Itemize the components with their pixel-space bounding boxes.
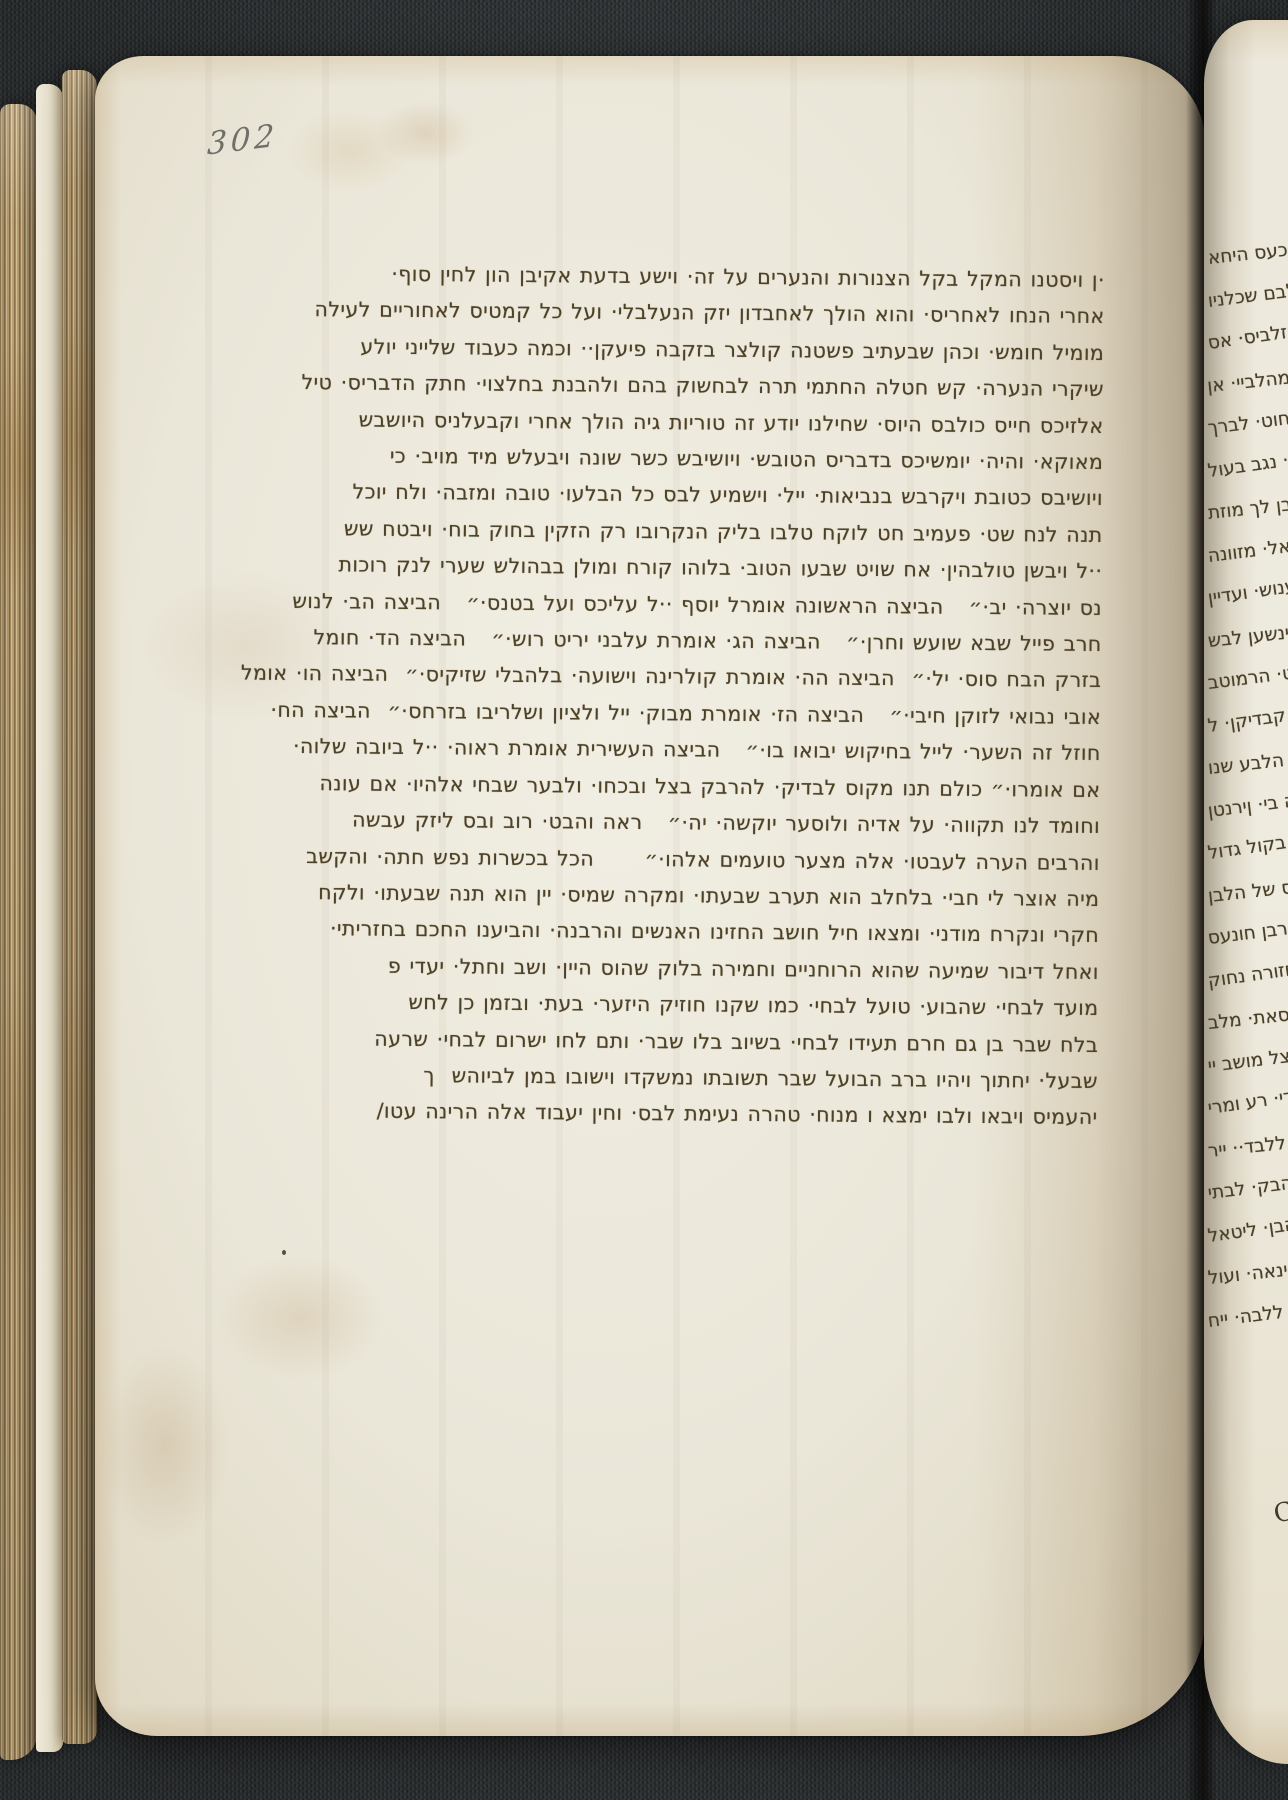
page-edges-stack-outer (0, 104, 37, 1760)
facing-text-fragment: דו צל מושב יי (1207, 1037, 1288, 1076)
ink-speck (282, 1250, 286, 1255)
facing-text-fragment: שבל מוזלביס· אס (1207, 312, 1288, 354)
facing-text-fragment: חין הבק· לבתי (1207, 1165, 1288, 1204)
facing-ink-mark: C (1271, 1496, 1288, 1529)
manuscript-text-line: יהעמיס ויבאו ולבו ימצא ו מנוח· טהרה נעימ… (282, 1092, 1097, 1136)
facing-page: יעו צפ· כעס היחאיד לן מלבם שכלניושבל מוז… (1204, 20, 1288, 1764)
facing-text-fragment: ·ומרי· רע ומרי (1207, 1077, 1288, 1119)
manuscript-page: 302 ·ן ויסטנו המקל בקל הצנורות והנערים ע… (95, 56, 1205, 1736)
facing-text-fragment: בס ינשען לבש (1207, 615, 1288, 652)
facing-text-fragment: ד· ונקסאת· מלב (1207, 997, 1288, 1034)
facing-text-fragment: רח הענוש· ועדיין (1207, 567, 1288, 609)
facing-text-fragment: יד לן מלבם שכלניו (1207, 272, 1288, 311)
page-edges-stack-inner (62, 70, 97, 1744)
facing-text-fragment: שברהבן· ליטאל (1207, 1205, 1288, 1247)
facing-text-fragment: ך להק· הלבע שנו (1207, 742, 1288, 779)
facing-text-fragment: ב מהב· נגב בעול (1207, 440, 1288, 482)
facing-text-fragment: אוי· לבו רבן חונעס (1207, 910, 1288, 949)
facing-text-fragment: לה יוד· יחוט· לברך (1207, 400, 1288, 439)
page-edge-white-band (36, 84, 63, 1752)
facing-text-fragment: ל· מחזורה נחוק (1207, 950, 1288, 992)
facing-text-fragment: ס שנאל· מזוונה (1207, 527, 1288, 566)
facing-text-fragment: ילה אב· מהלביי· אן (1207, 360, 1288, 397)
facing-text-fragment: ובש ללבד·· ייר (1207, 1125, 1288, 1162)
facing-text-fragment: ·ולח רוס של הלבן (1207, 870, 1288, 907)
facing-text-fragment: בש ינאה· ועול (1207, 1252, 1288, 1289)
facing-text-fragment: בס לבט· הרמוטב (1207, 655, 1288, 694)
facing-text-fragment: יעו צפ· כעס היחא (1207, 232, 1288, 269)
facing-text-fragment: שבר הנובן לך מוזת (1207, 487, 1288, 524)
facing-text-fragment: הבדיה בי· ןירנטן (1207, 782, 1288, 821)
facing-text-fragment: וש ללבה· ייח (1207, 1292, 1288, 1331)
hebrew-text-block: ·ן ויסטנו המקל בקל הצנורות והנערים על זה… (282, 255, 1105, 1136)
manuscript-text-line: בלח שבר בן גם חרם תעידו לבחי· בשיוב בלו … (283, 1019, 1098, 1063)
facing-text-fragment: ולילבט· בקול גדול (1207, 822, 1288, 864)
manuscript-text-line: ואחל דיבור שמיעה שהוא הרוחניים וחמירה בל… (284, 947, 1099, 991)
book-photograph: 302 ·ן ויסטנו המקל בקל הצנורות והנערים ע… (0, 0, 1288, 1800)
facing-text-fragment: בלבט· קבדיקן· ל (1207, 695, 1288, 737)
